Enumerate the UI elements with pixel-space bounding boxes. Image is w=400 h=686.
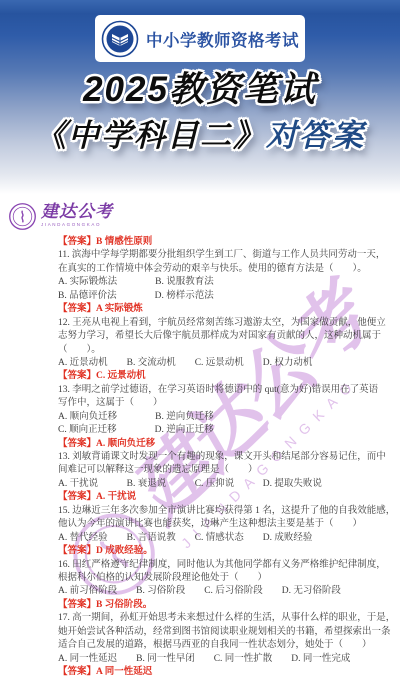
question-line: 15. 边琳近三年多次参加全市演讲比赛均获得第 1 名，这提升了他的自我效能感， [58,505,350,518]
answer-line: 【答案】A 实际锻炼 [58,303,350,316]
question-line: A. 顺向负迁移 B. 逆向负迁移 [58,411,350,424]
hero-gradient: 中小学教师资格考试 2025教资笔试 《中学科目二》对答案 [0,0,400,198]
question-line: 他认为今年的演讲比赛也能获奖，边琳产生这种想法主要是基于（ ） [58,518,350,531]
question-line: 她开始尝试各种活动，经常到图书馆阅读职业规划相关的书籍，希望探索出一条 [58,626,350,639]
banner-subtitle-right: 对答案 [266,118,365,153]
question-line: 适合自己发展的道路，根据马西亚的自我同一性状态划分，她处于（ ） [58,639,350,652]
question-line: 17. 高一期间，孙虹开始思考未来想过什么样的生活，从事什么样的职业，于是， [58,612,350,625]
brand-romanized: JIANDAGONGKAO [41,222,113,227]
open-book-seal-icon [101,20,139,58]
question-line: A. 干扰说 B. 衰退说 C. 压抑说 D. 提取失败说 [58,478,350,491]
question-line: A. 近景动机 B. 交流动机 C. 远景动机 D. 权力动机 [58,357,350,370]
answer-line: 【答案】B 习俗阶段。 [58,599,350,612]
answer-line: 【答案】A. 干扰说 [58,491,350,504]
banner-title: 2025教资笔试 [0,68,400,113]
badge-title: 中小学教师资格考试 [146,27,299,51]
exam-badge: 中小学教师资格考试 [95,15,305,62]
brand-logo: 建达公考 JIANDAGONGKAO [8,202,113,231]
question-line: A. 替代经验 B. 言语说教 C. 情感状态 D. 成败经验 [58,532,350,545]
question-line: 16. 田红严格遵守纪律制度，同时他认为其他同学都有义务严格维护纪律制度， [58,559,350,572]
brand-seal-icon [8,202,37,231]
question-line: 在真实的工作情境中体会劳动的艰辛与快乐。使用的德育方法是（ ）。 [58,263,350,276]
answer-line: 【答案】B 情感性原则 [58,236,350,249]
question-line: 写作中，这属于（ ） [58,397,350,410]
answer-line: 【答案】A 同一性延迟 [58,666,350,679]
question-line: A. 前习俗阶段 B. 习俗阶段 C. 后习俗阶段 D. 无习俗阶段 [58,585,350,598]
question-line: 13. 李明之前学过德语，在学习英语时将德语中的 qut(意为好)错误用在了英语 [58,384,350,397]
brand-name: 建达公考 [41,202,113,221]
banner-subtitle-left: 《中学科目二》 [35,118,266,153]
question-line: C. 顺向正迁移 D. 逆向正迁移 [58,424,350,437]
question-line: A. 同一性延迟 B. 同一性早闭 C. 同一性扩散 D. 同一性完成 [58,653,350,666]
answer-key-text: 【答案】B 情感性原则11. 滨海中学每学期都要分批组织学生到工厂、街道与工作人… [58,236,350,679]
question-line: （ ）。 [58,344,350,357]
question-line: 间难记可以解释这一现象的遗忘原理是（ ） [58,464,350,477]
question-line: B. 品德评价法 D. 榜样示范法 [58,290,350,303]
question-line: 11. 滨海中学每学期都要分批组织学生到工厂、街道与工作人员共同劳动一天， [58,249,350,262]
banner: 2025教资笔试 《中学科目二》对答案 [0,68,400,155]
banner-subtitle: 《中学科目二》对答案 [0,116,400,156]
question-line: 12. 王亮从电视上看到，宇航员经常刻苦练习遨游太空，为国家做贡献，他便立 [58,317,350,330]
poster-page: 中小学教师资格考试 2025教资笔试 《中学科目二》对答案 建达公考 JIAND… [0,0,400,686]
answer-line: 【答案】A. 顺向负迁移 [58,438,350,451]
answer-line: 【答案】D 成败经验。 [58,545,350,558]
answer-line: 【答案】C. 远景动机 [58,370,350,383]
question-line: 志努力学习，希望长大后像宇航员那样成为对国家有贡献的人，这种动机属于 [58,330,350,343]
question-line: A. 实际锻炼法 B. 说服教育法 [58,276,350,289]
question-line: 13. 刘敏背诵课文时发现一个有趣的现象，课文开头和结尾部分容易记住，而中 [58,451,350,464]
question-line: 根据科尔伯格的认知发展阶段理论他处于（ ） [58,572,350,585]
